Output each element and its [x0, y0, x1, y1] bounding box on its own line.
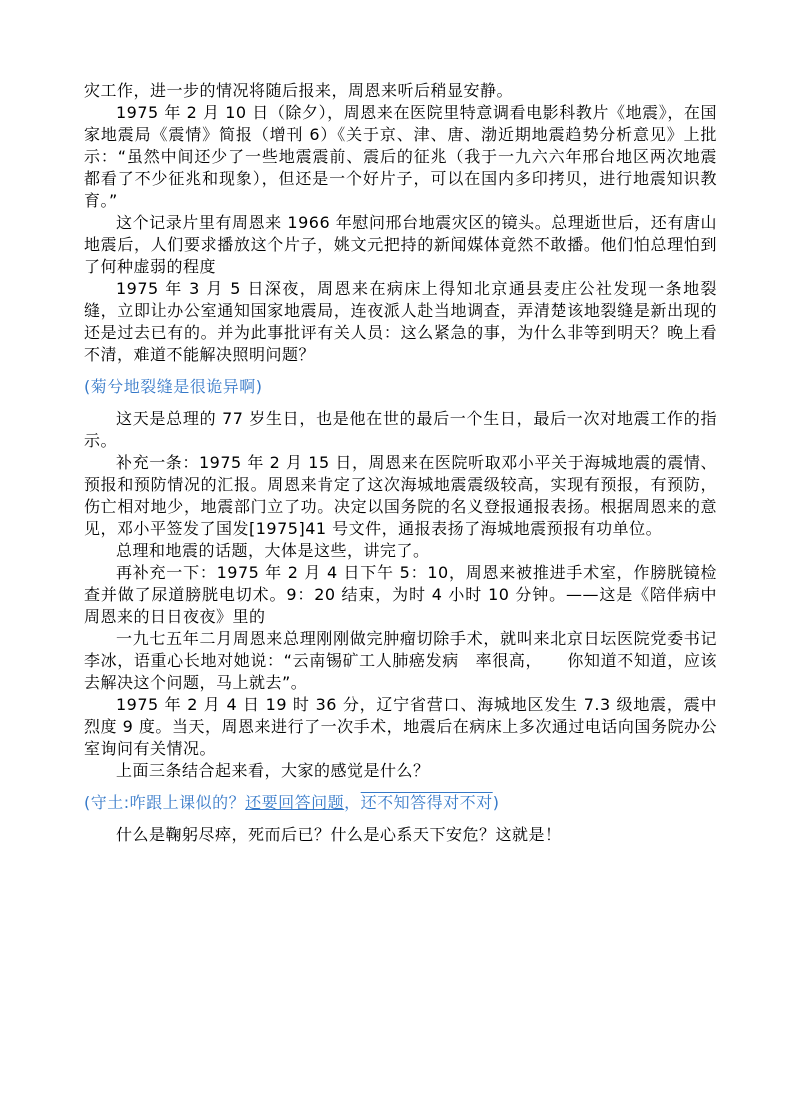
document-page: 灾工作，进一步的情况将随后报来，周恩来听后稍显安静。 1975 年 2 月 10… [0, 0, 800, 1100]
paragraph-conclusion: 什么是鞠躬尽瘁，死而后已？什么是心系天下安危？这就是！ [84, 824, 717, 846]
paragraph-haicheng-quake: 1975 年 2 月 4 日 19 时 36 分，辽宁省营口、海城地区发生 7.… [84, 694, 717, 760]
paragraph-surgery-libing: 一九七五年二月周恩来总理刚刚做完肿瘤切除手术，就叫来北京日坛医院党委书记李冰，语… [84, 628, 717, 694]
paragraph-1975-02-10: 1975 年 2 月 10 日（除夕），周恩来在医院里特意调看电影科教片《地震》… [84, 102, 717, 212]
commenter-note-1: (菊兮地裂缝是很诡异啊) [84, 376, 717, 398]
paragraph-1975-03-05: 1975 年 3 月 5 日深夜，周恩来在病床上得知北京通县麦庄公社发现一条地裂… [84, 278, 717, 366]
note-2-underlined-text: 还要回答问题 [245, 793, 344, 812]
note-2-overlined-text: 还不知答得对不对 [361, 793, 493, 812]
paragraph-topic-end: 总理和地震的话题，大体是这些，讲完了。 [84, 540, 717, 562]
note-2-suffix: ) [493, 793, 500, 812]
paragraph-question: 上面三条结合起来看，大家的感觉是什么？ [84, 760, 717, 782]
commenter-note-2: (守土:咋跟上课似的？还要回答问题，还不知答得对不对) [84, 792, 717, 814]
note-2-prefix: (守土:咋跟上课似的？ [84, 793, 245, 812]
paragraph-supplement-1: 补充一条：1975 年 2 月 15 日，周恩来在医院听取邓小平关于海城地震的震… [84, 452, 717, 540]
paragraph-continuation: 灾工作，进一步的情况将随后报来，周恩来听后稍显安静。 [84, 80, 717, 102]
paragraph-birthday: 这天是总理的 77 岁生日，也是他在世的最后一个生日，最后一次对地震工作的指示。 [84, 408, 717, 452]
note-2-separator: ， [344, 793, 361, 812]
paragraph-documentary: 这个记录片里有周恩来 1966 年慰问邢台地震灾区的镜头。总理逝世后，还有唐山地… [84, 212, 717, 278]
document-body: 灾工作，进一步的情况将随后报来，周恩来听后稍显安静。 1975 年 2 月 10… [84, 80, 717, 846]
paragraph-supplement-2: 再补充一下：1975 年 2 月 4 日下午 5：10，周恩来被推进手术室，作膀… [84, 562, 717, 628]
